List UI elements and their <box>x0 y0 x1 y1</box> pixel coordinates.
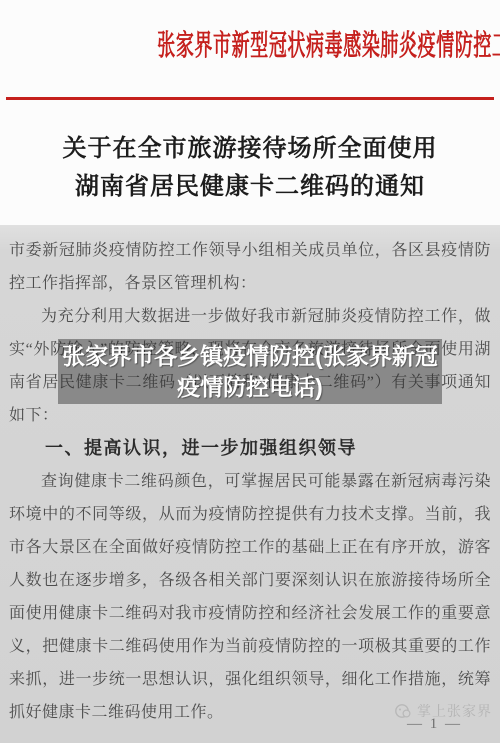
document-title-line1: 关于在全市旅游接待场所全面使用 <box>0 130 500 168</box>
caption-overlay: 张家界市各乡镇疫情防控(张家界新冠 疫情防控电话) <box>58 339 442 404</box>
recipients-line: 市委新冠肺炎疫情防控工作领导小组相关成员单位，各区县疫情防控工作指挥部，各景区管… <box>9 234 491 300</box>
document-title-line2: 湖南省居民健康卡二维码的通知 <box>0 168 500 206</box>
header-banner-text: 张家界市新型冠状病毒感染肺炎疫情防控工作指挥部第 21 号令 <box>157 27 500 65</box>
page-number: — 1 — <box>407 716 462 733</box>
document-photo: 张家界市新型冠状病毒感染肺炎疫情防控工作指挥部第 21 号令 关于在全市旅游接待… <box>0 0 500 743</box>
document-body: 市委新冠肺炎疫情防控工作领导小组相关成员单位，各区县疫情防控工作指挥部，各景区管… <box>0 225 500 743</box>
caption-line1: 张家界市各乡镇疫情防控(张家界新冠 <box>62 341 438 372</box>
document-title: 关于在全市旅游接待场所全面使用 湖南省居民健康卡二维码的通知 <box>0 130 500 206</box>
caption-line2: 疫情防控电话) <box>177 372 323 403</box>
section-1-body: 查询健康卡二维码颜色，可掌握居民可能暴露在新冠病毒污染环境中的不同等级，从而为疫… <box>9 465 491 729</box>
red-divider <box>6 97 494 100</box>
section-1-heading: 一、提高认识，进一步加强组织领导 <box>9 432 491 465</box>
header-banner: 张家界市新型冠状病毒感染肺炎疫情防控工作指挥部第 21 号令 <box>0 0 500 65</box>
